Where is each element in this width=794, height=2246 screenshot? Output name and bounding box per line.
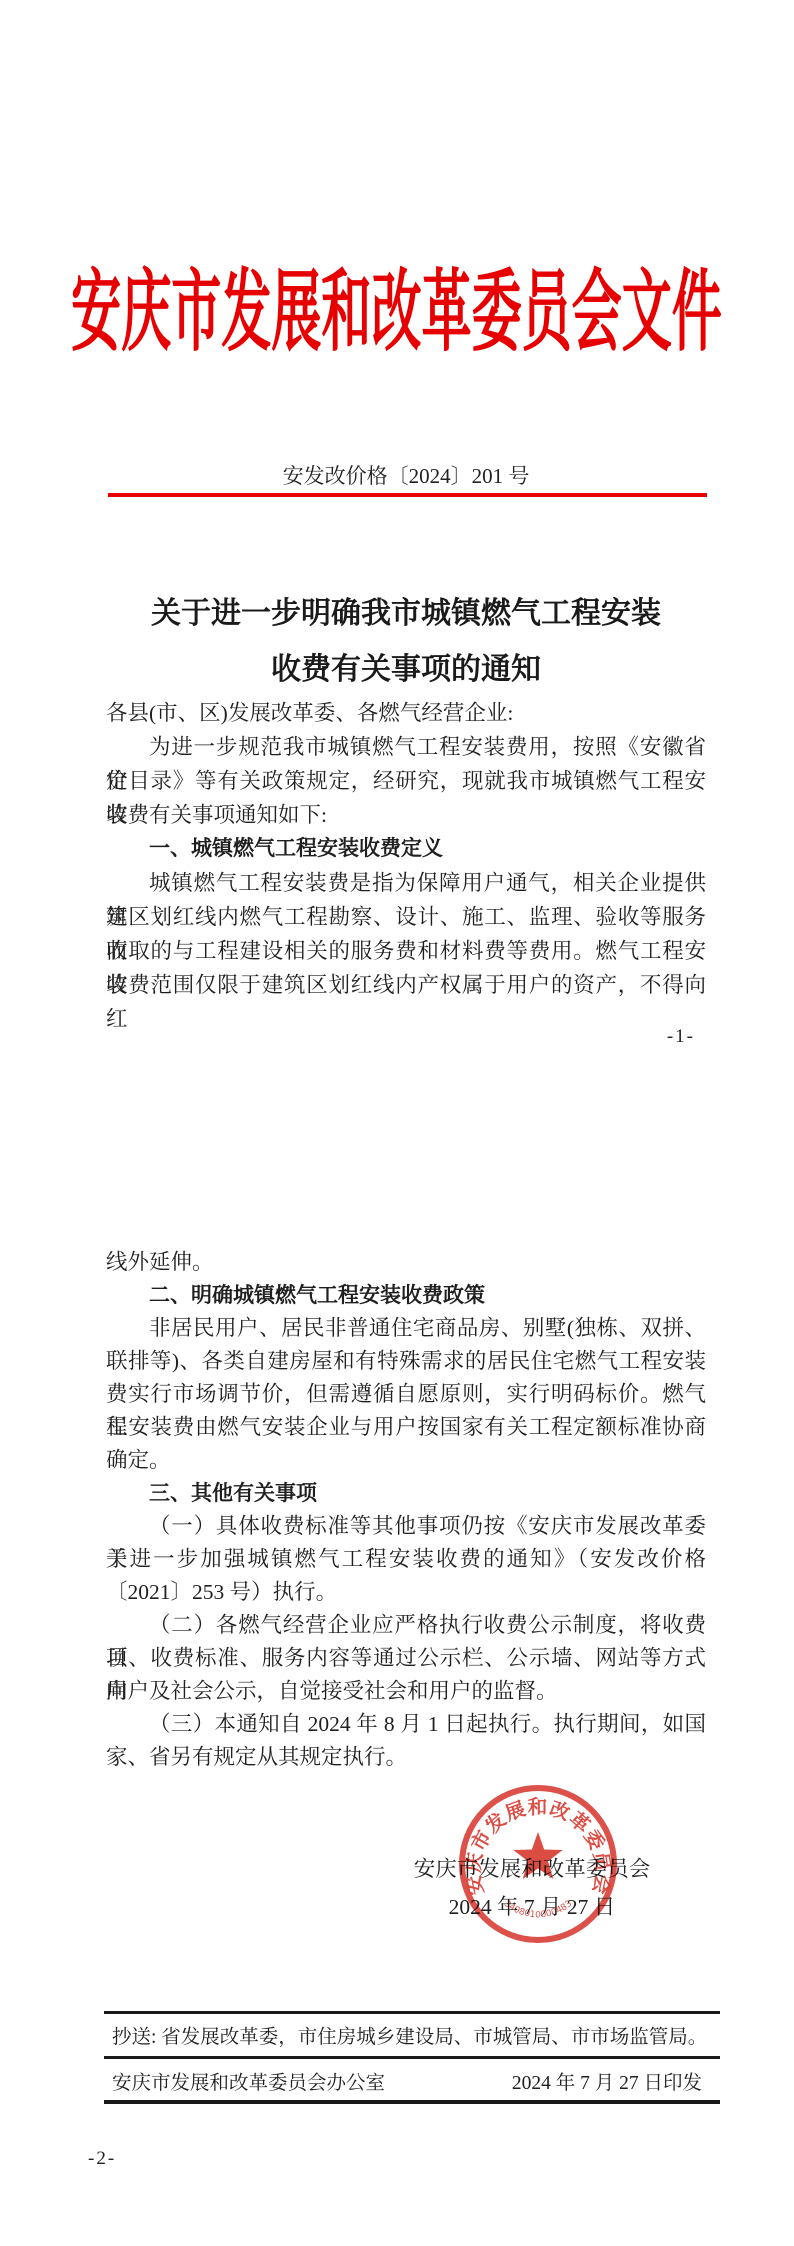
body-line: 〔2021〕253 号）执行。 [106, 1576, 706, 1609]
body-line: 确定。 [106, 1444, 706, 1477]
document-page: 安庆市发展和改革委员会文件 安发改价格〔2024〕201 号 关于进一步明确我市… [0, 0, 794, 2246]
doc-number: 安发改价格〔2024〕201 号 [106, 464, 706, 488]
footer-office-row: 安庆市发展和改革委员会办公室 2024 年 7 月 27 日印发 [112, 2072, 702, 2096]
section-heading: 一、城镇燃气工程安装收费定义 [106, 832, 706, 866]
body-line: 用户及社会公示，自觉接受社会和用户的监督。 [106, 1675, 706, 1708]
section-heading: 二、明确城镇燃气工程安装收费政策 [106, 1279, 706, 1312]
body-line: 于进一步加强城镇燃气工程安装收费的通知》（安发改价格 [106, 1543, 706, 1576]
footer-rule-top [104, 2011, 720, 2014]
seal-code: 3408010000483 [502, 1899, 574, 1920]
body-line: （三）本通知自 2024 年 8 月 1 日起执行。执行期间，如国 [106, 1708, 706, 1741]
footer-cc: 抄送: 省发展改革委，市住房城乡建设局、市城管局、市市场监管局。 [112, 2026, 712, 2050]
body-line: （二）各燃气经营企业应严格执行收费公示制度，将收费项 [106, 1609, 706, 1642]
agency-banner-text: 安庆市发展和改革委员会文件 [72, 268, 723, 357]
page-number-1: -1- [667, 1026, 695, 1048]
agency-banner: 安庆市发展和改革委员会文件 [0, 268, 794, 323]
body-line: （一）具体收费标准等其他事项仍按《安庆市发展改革委关 [106, 1510, 706, 1543]
body-line: 各县(市、区)发展改革委、各燃气经营企业: [106, 696, 706, 730]
body-line: 城镇燃气工程安装费是指为保障用户通气，相关企业提供建 [106, 866, 706, 900]
footer-office: 安庆市发展和改革委员会办公室 [112, 2072, 385, 2096]
body-line: 线外延伸。 [106, 1246, 706, 1279]
body-line: 筑区划红线内燃气工程勘察、设计、施工、监理、验收等服务而 [106, 900, 706, 934]
body-line: 收费范围仅限于建筑区划红线内产权属于用户的资产，不得向红 [106, 968, 706, 1002]
body-line: 为进一步规范我市城镇燃气工程安装费用，按照《安徽省定 [106, 730, 706, 764]
body-line: 收取的与工程建设相关的服务费和材料费等费用。燃气工程安装 [106, 934, 706, 968]
body-line: 价目录》等有关政策规定，经研究，现就我市城镇燃气工程安装 [106, 764, 706, 798]
body-line: 收费有关事项通知如下: [106, 798, 706, 832]
body-line: 家、省另有规定从其规定执行。 [106, 1741, 706, 1774]
body-line: 程安装费由燃气安装企业与用户按国家有关工程定额标准协商 [106, 1411, 706, 1444]
body-page1: 各县(市、区)发展改革委、各燃气经营企业: 为进一步规范我市城镇燃气工程安装费用… [106, 696, 706, 1002]
body-line: 费实行市场调节价，但需遵循自愿原则，实行明码标价。燃气工 [106, 1378, 706, 1411]
footer-print-date: 2024 年 7 月 27 日印发 [512, 2072, 702, 2096]
svg-text:3408010000483: 3408010000483 [502, 1899, 574, 1920]
body-page2: 线外延伸。 二、明确城镇燃气工程安装收费政策 非居民用户、居民非普通住宅商品房、… [106, 1246, 706, 1774]
seal-star [513, 1832, 562, 1879]
body-line: 联排等)、各类自建房屋和有特殊需求的居民住宅燃气工程安装 [106, 1345, 706, 1378]
footer-rule-bottom [104, 2100, 720, 2104]
official-seal: 安庆市发展和改革委员会 3408010000483 [456, 1782, 620, 1946]
body-line: 非居民用户、居民非普通住宅商品房、别墅(独栋、双拼、 [106, 1312, 706, 1345]
doc-title-line1: 关于进一步明确我市城镇燃气工程安装 [106, 586, 706, 642]
section-heading: 三、其他有关事项 [106, 1477, 706, 1510]
doc-title-line2: 收费有关事项的通知 [106, 642, 706, 698]
footer-rule-middle [104, 2056, 720, 2059]
red-divider [108, 493, 707, 497]
body-line: 目、收费标准、服务内容等通过公示栏、公示墙、网站等方式向 [106, 1642, 706, 1675]
page-number-2: -2- [88, 2148, 116, 2170]
doc-title: 关于进一步明确我市城镇燃气工程安装 收费有关事项的通知 [106, 586, 706, 698]
